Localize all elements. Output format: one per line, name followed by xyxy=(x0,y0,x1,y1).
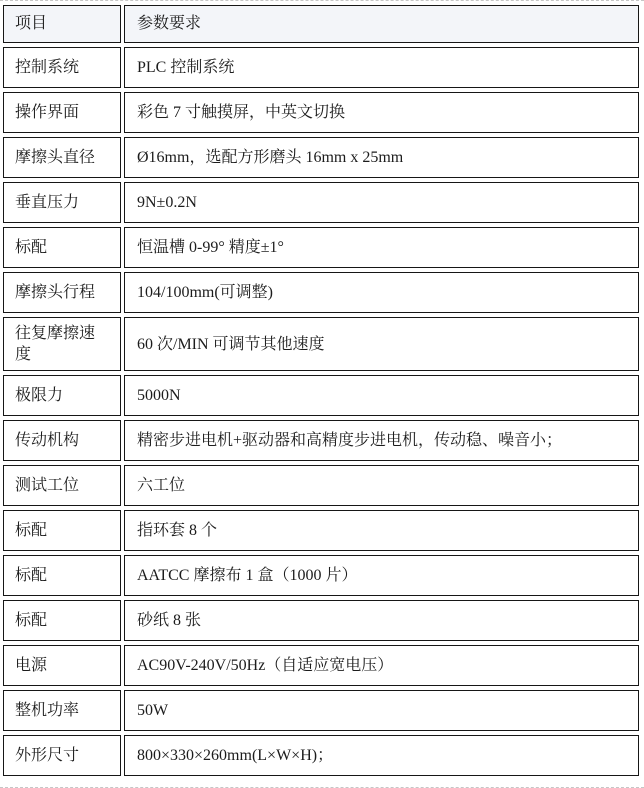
row-item-cell: 往复摩擦速度 xyxy=(3,317,121,371)
table-row: 摩擦头直径 Ø16mm，选配方形磨头 16mm x 25mm xyxy=(3,137,639,178)
table-row: 操作界面 彩色 7 寸触摸屏，中英文切换 xyxy=(3,92,639,133)
row-value-cell: AC90V-240V/50Hz（自适应宽电压） xyxy=(124,645,639,686)
table-row: 标配 AATCC 摩擦布 1 盒（1000 片） xyxy=(3,555,639,596)
row-item-cell: 极限力 xyxy=(3,375,121,416)
table-row: 标配 砂纸 8 张 xyxy=(3,600,639,641)
table-row: 标配 恒温槽 0-99° 精度±1° xyxy=(3,227,639,268)
row-value-cell: 恒温槽 0-99° 精度±1° xyxy=(124,227,639,268)
row-item-cell: 整机功率 xyxy=(3,690,121,731)
table-row: 极限力 5000N xyxy=(3,375,639,416)
table-row: 往复摩擦速度 60 次/MIN 可调节其他速度 xyxy=(3,317,639,371)
table-row: 电源 AC90V-240V/50Hz（自适应宽电压） xyxy=(3,645,639,686)
row-item-cell: 控制系统 xyxy=(3,47,121,88)
header-item-cell: 项目 xyxy=(3,5,121,43)
row-value-cell: 60 次/MIN 可调节其他速度 xyxy=(124,317,639,371)
row-item-cell: 电源 xyxy=(3,645,121,686)
row-item-cell: 传动机构 xyxy=(3,420,121,461)
table-row: 垂直压力 9N±0.2N xyxy=(3,182,639,223)
row-item-cell: 外形尺寸 xyxy=(3,735,121,776)
table-row: 标配 指环套 8 个 xyxy=(3,510,639,551)
spec-table: 项目 参数要求 控制系统 PLC 控制系统 操作界面 彩色 7 寸触摸屏，中英文… xyxy=(0,1,642,780)
row-item-cell: 摩擦头行程 xyxy=(3,272,121,313)
row-item-cell: 垂直压力 xyxy=(3,182,121,223)
row-value-cell: 指环套 8 个 xyxy=(124,510,639,551)
row-value-cell: 砂纸 8 张 xyxy=(124,600,639,641)
row-value-cell: 彩色 7 寸触摸屏，中英文切换 xyxy=(124,92,639,133)
table-row: 摩擦头行程 104/100mm(可调整) xyxy=(3,272,639,313)
table-row: 控制系统 PLC 控制系统 xyxy=(3,47,639,88)
row-value-cell: Ø16mm，选配方形磨头 16mm x 25mm xyxy=(124,137,639,178)
page: 项目 参数要求 控制系统 PLC 控制系统 操作界面 彩色 7 寸触摸屏，中英文… xyxy=(0,0,644,788)
row-item-cell: 标配 xyxy=(3,600,121,641)
table-row: 外形尺寸 800×330×260mm(L×W×H)； xyxy=(3,735,639,776)
header-value-cell: 参数要求 xyxy=(124,5,639,43)
row-value-cell: 50W xyxy=(124,690,639,731)
row-value-cell: 5000N xyxy=(124,375,639,416)
row-value-cell: 六工位 xyxy=(124,465,639,506)
row-item-cell: 标配 xyxy=(3,555,121,596)
table-row: 测试工位 六工位 xyxy=(3,465,639,506)
row-value-cell: 104/100mm(可调整) xyxy=(124,272,639,313)
row-value-cell: 精密步进电机+驱动器和高精度步进电机，传动稳、噪音小； xyxy=(124,420,639,461)
row-value-cell: 800×330×260mm(L×W×H)； xyxy=(124,735,639,776)
row-item-cell: 操作界面 xyxy=(3,92,121,133)
row-item-cell: 摩擦头直径 xyxy=(3,137,121,178)
row-value-cell: PLC 控制系统 xyxy=(124,47,639,88)
row-value-cell: AATCC 摩擦布 1 盒（1000 片） xyxy=(124,555,639,596)
row-value-cell: 9N±0.2N xyxy=(124,182,639,223)
table-header-row: 项目 参数要求 xyxy=(3,5,639,43)
table-row: 整机功率 50W xyxy=(3,690,639,731)
row-item-cell: 标配 xyxy=(3,510,121,551)
table-row: 传动机构 精密步进电机+驱动器和高精度步进电机，传动稳、噪音小； xyxy=(3,420,639,461)
row-item-cell: 标配 xyxy=(3,227,121,268)
row-item-cell: 测试工位 xyxy=(3,465,121,506)
